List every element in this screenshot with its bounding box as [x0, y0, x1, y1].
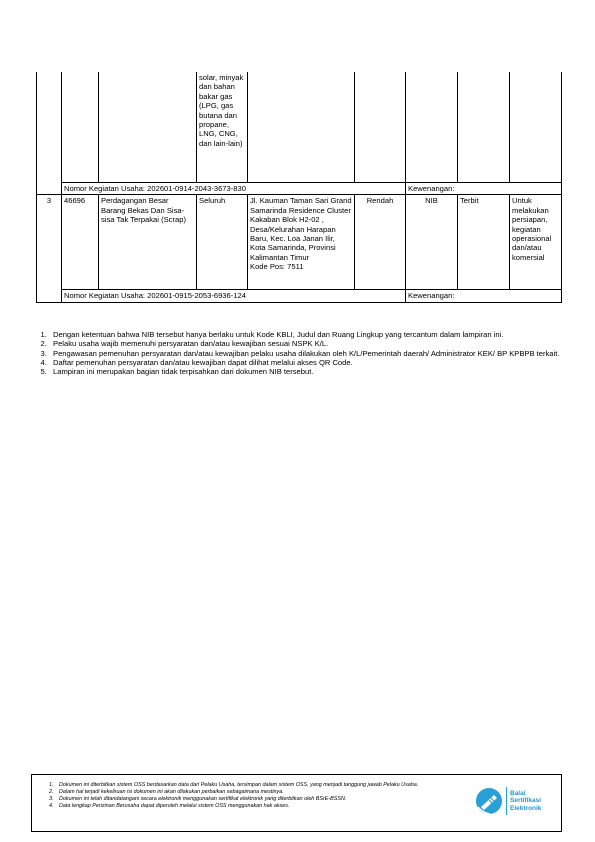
cell-perizinan: NIB	[406, 195, 458, 290]
table-row-continued: solar, minyak dan bahan bakar gas (LPG, …	[37, 72, 562, 183]
logo-divider	[506, 787, 507, 815]
disclaimer-item: Dalam hal terjadi kekeliruan isi dokumen…	[55, 789, 485, 796]
nomor-kegiatan-row: Nomor Kegiatan Usaha: 202601-0915-2053-6…	[37, 290, 562, 302]
disclaimer-item: Dokumen ini telah ditandatangani secara …	[55, 796, 485, 803]
cell-kbli: 46696	[62, 195, 99, 290]
lokasi-address: Jl. Kauman Taman Sari Grand Samarinda Re…	[250, 196, 352, 262]
note-item: Pengawasan pemenuhan persyaratan dan/ata…	[49, 349, 574, 358]
bsre-logo: Balai Sertifikasi Elektronik	[475, 781, 555, 821]
cell-risiko	[355, 72, 406, 183]
kbli-table: solar, minyak dan bahan bakar gas (LPG, …	[36, 72, 562, 303]
cell-judul	[99, 72, 197, 183]
document-page: solar, minyak dan bahan bakar gas (LPG, …	[0, 0, 595, 842]
kewenangan-label: Kewenangan:	[406, 290, 562, 302]
logo-line: Balai	[510, 790, 541, 797]
cell-ruang-lingkup: solar, minyak dan bahan bakar gas (LPG, …	[197, 72, 248, 183]
cell-keterangan: Untuk melakukan persiapan, kegiatan oper…	[510, 195, 562, 290]
notes-list: Dengan ketentuan bahwa NIB tersebut hany…	[36, 330, 574, 376]
footer-disclaimer-box: Dokumen ini diterbitkan sistem OSS berda…	[31, 774, 562, 832]
cell-perizinan	[406, 72, 458, 183]
cell-judul: Perdagangan Besar Barang Bekas Dan Sisa-…	[99, 195, 197, 290]
disclaimer-item: Dokumen ini diterbitkan sistem OSS berda…	[55, 782, 485, 789]
cell-status	[458, 72, 510, 183]
note-item: Daftar pemenuhan persyaratan dan/atau ke…	[49, 358, 574, 367]
disclaimer-list: Dokumen ini diterbitkan sistem OSS berda…	[40, 782, 485, 810]
cell-ruang-lingkup: Seluruh	[197, 195, 248, 290]
lokasi-kode-pos: Kode Pos: 7511	[250, 262, 352, 271]
cell-kbli	[62, 72, 99, 183]
note-item: Pelaku usaha wajib memenuhi persyaratan …	[49, 339, 574, 348]
nomor-kegiatan-row: Nomor Kegiatan Usaha: 202601-0914-2043-3…	[37, 183, 562, 195]
logo-line: Elektronik	[510, 805, 541, 812]
cell-no: 3	[37, 195, 62, 302]
logo-line: Sertifikasi	[510, 797, 541, 804]
cell-no	[37, 72, 62, 195]
bsre-logo-text: Balai Sertifikasi Elektronik	[510, 790, 541, 812]
cell-risiko: Rendah	[355, 195, 406, 290]
cell-lokasi	[248, 72, 355, 183]
cell-status: Terbit	[458, 195, 510, 290]
cell-lokasi: Jl. Kauman Taman Sari Grand Samarinda Re…	[248, 195, 355, 290]
nomor-kegiatan-usaha: Nomor Kegiatan Usaha: 202601-0915-2053-6…	[62, 290, 406, 302]
note-item: Dengan ketentuan bahwa NIB tersebut hany…	[49, 330, 574, 339]
nomor-kegiatan-usaha: Nomor Kegiatan Usaha: 202601-0914-2043-3…	[62, 183, 406, 195]
disclaimer-item: Data lengkap Perizinan Berusaha dapat di…	[55, 803, 485, 810]
bsre-pen-icon	[475, 787, 503, 815]
note-item: Lampiran ini merupakan bagian tidak terp…	[49, 367, 574, 376]
cell-keterangan	[510, 72, 562, 183]
table-row: 3 46696 Perdagangan Besar Barang Bekas D…	[37, 195, 562, 290]
kewenangan-label: Kewenangan:	[406, 183, 562, 195]
